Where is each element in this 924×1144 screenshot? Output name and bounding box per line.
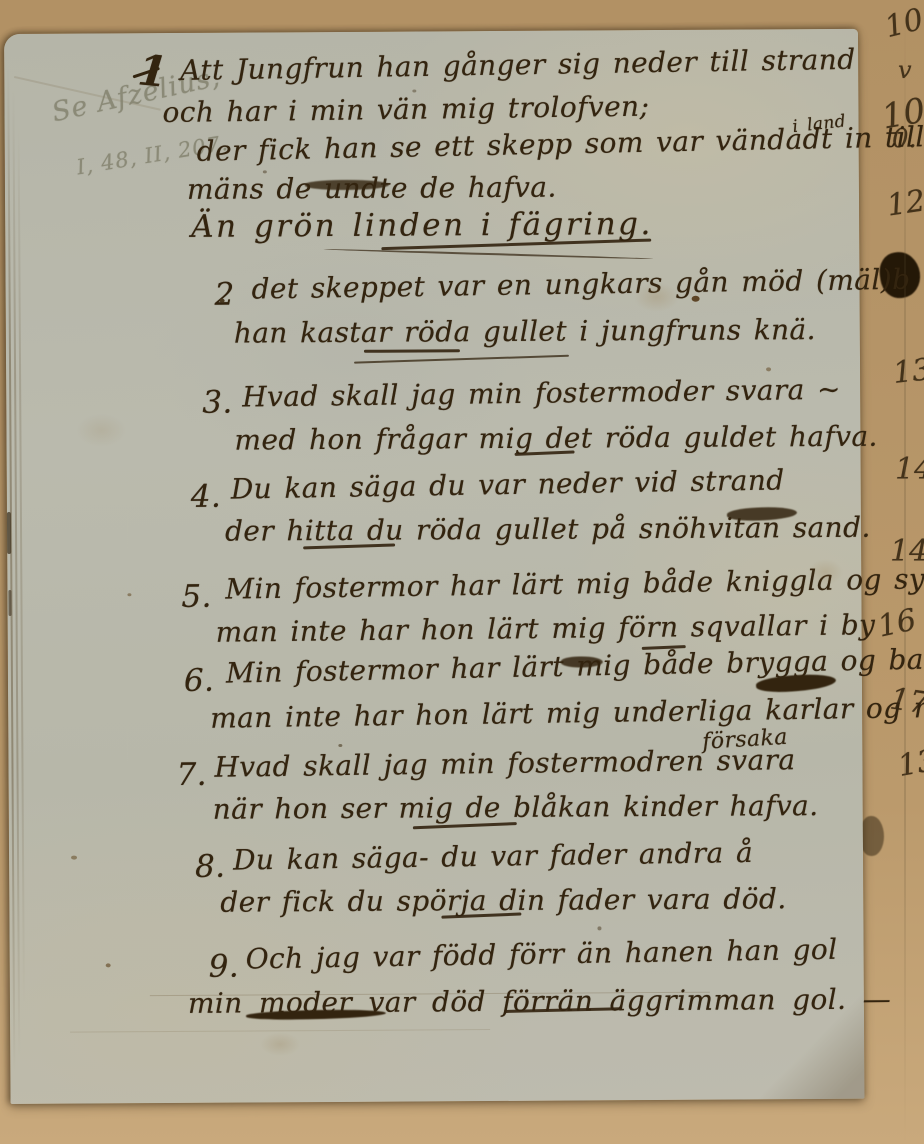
paper-speckle (127, 593, 131, 596)
refrain-line: Än grön linden i fägring. (191, 206, 653, 245)
paper-speckle (263, 170, 267, 173)
verse-line: Du kan säga- du var fader andra å (233, 836, 753, 877)
page-leaf: Se Afzelius, I, 48, II, 207. 1 Att Jungf… (4, 29, 865, 1104)
ink-flourish (354, 355, 569, 364)
paper-speckle (220, 299, 225, 303)
paper-speckle (106, 963, 111, 967)
edge-fragment: 13 (895, 743, 924, 784)
verse-line: han kastar röda gullet i jungfruns knä. (234, 313, 816, 350)
verse-number: 5. (181, 579, 212, 615)
verse-line: Hvad skall jag min fostermodren svara (214, 743, 795, 784)
paper-speckle (412, 89, 416, 92)
verse-line: det skeppet var en ungkars gån möd (mäl)… (251, 263, 910, 306)
verse-number: 3. (202, 385, 233, 421)
ink-flourish (323, 248, 653, 260)
paper-speckle (597, 926, 601, 930)
verse-number: 9. (209, 949, 240, 985)
paper-speckle (766, 367, 771, 371)
binding-mark (7, 512, 11, 554)
paper-stain (76, 413, 126, 447)
binding-mark (8, 590, 11, 616)
verse-line: Att Jungfrun han gånger sig neder till s… (180, 43, 856, 87)
paper-stain (260, 1032, 300, 1056)
edge-fragment: 13 (891, 352, 924, 391)
paper-stain (807, 559, 843, 585)
ink-blot (860, 816, 884, 856)
ink-underline (364, 349, 460, 353)
paper-speckle (71, 856, 77, 860)
verse-number: 2 (214, 277, 234, 313)
edge-fragment: 16 (875, 602, 920, 644)
edge-fragment: 10 (881, 2, 924, 45)
verse-line: Hvad skall jag min fostermoder svara ~ (242, 373, 841, 414)
verse-number: 8. (195, 849, 226, 885)
verse-line: och har i min vän mig trolofven; (162, 90, 649, 129)
edge-fragment: 14 (895, 452, 924, 487)
verse-line: man inte har hon lärt mig förn sqvallar … (215, 608, 875, 648)
verse-number: 4. (191, 479, 222, 515)
paper-speckle (692, 296, 700, 302)
verse-number: 6. (184, 663, 215, 699)
verse-line: man inte har hon lärt mig underliga karl… (210, 691, 924, 735)
verse-line: när hon ser mig de blåkan kinder hafva. (213, 789, 819, 826)
paper-speckle (338, 744, 342, 747)
verse-line: Och jag var född förr än hanen han gol (245, 933, 837, 976)
verse-line: Du kan säga du var neder vid strand (231, 463, 785, 505)
verse-number: 7. (176, 757, 207, 793)
paper-stain (634, 282, 680, 312)
manuscript-page-scan: 10 v 10 0. 12 13 14 14 16 17 13 Se Afzel… (0, 0, 924, 1144)
